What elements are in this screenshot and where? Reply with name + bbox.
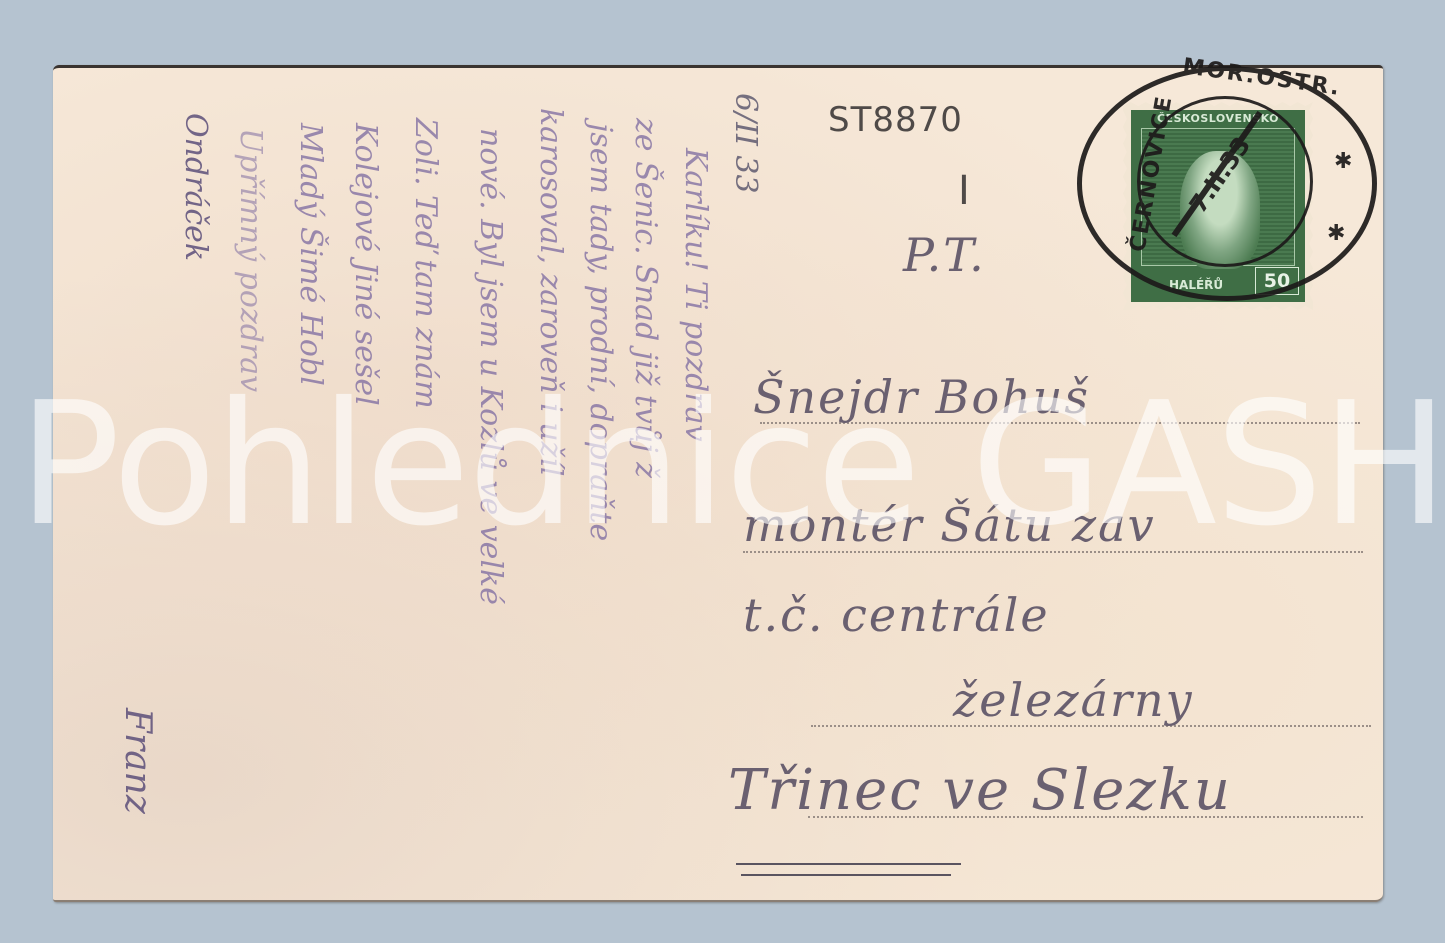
address-occupation: montér Šátu zav bbox=[743, 498, 1156, 552]
message-line: karosoval, zaroveň i užíl bbox=[533, 108, 568, 477]
message-signature: Franz bbox=[117, 708, 158, 814]
catalog-reference: ST8870 bbox=[828, 100, 963, 140]
message-line: Upřímný pozdrav bbox=[233, 128, 268, 392]
stamp-portrait-frame bbox=[1141, 128, 1295, 266]
city-underline bbox=[736, 863, 961, 865]
address-company: železárny bbox=[953, 673, 1194, 727]
message-line: ze Šenic. Snad již tvůj ž bbox=[628, 118, 663, 478]
message-line: Karlíku! Ti pozdrav bbox=[678, 148, 713, 442]
address-salutation: P.T. bbox=[903, 228, 986, 282]
postage-stamp: ČESKOSLOVENSKO HALÉŘŮ 50 bbox=[1123, 102, 1313, 310]
message-line: jsem tady, prodní, dopraňte bbox=[583, 123, 618, 541]
address-name: Šnejdr Bohuš bbox=[753, 370, 1090, 424]
message-line: Zoli. Teď tam znám bbox=[408, 118, 443, 409]
stamp-value: 50 bbox=[1255, 267, 1299, 295]
address-workplace: t.č. centrále bbox=[743, 588, 1050, 642]
stamp-country: ČESKOSLOVENSKO bbox=[1131, 112, 1305, 125]
message-date: 6/II 33 bbox=[728, 93, 763, 194]
stamp-denomination-label: HALÉŘŮ bbox=[1169, 278, 1223, 292]
roman-numeral-mark: I bbox=[958, 168, 970, 214]
portrait-icon bbox=[1180, 151, 1260, 269]
message-line: Kolejové Jiné sešel bbox=[348, 123, 383, 406]
message-line: Mladý Šimé Hobl bbox=[293, 123, 328, 386]
message-line: nové. Byl jsem u Kozlů ve velké bbox=[473, 128, 508, 605]
city-underline-2 bbox=[741, 874, 951, 876]
address-city: Třinec ve Slezku bbox=[728, 758, 1232, 823]
message-signoff: Ondráček bbox=[178, 113, 213, 261]
